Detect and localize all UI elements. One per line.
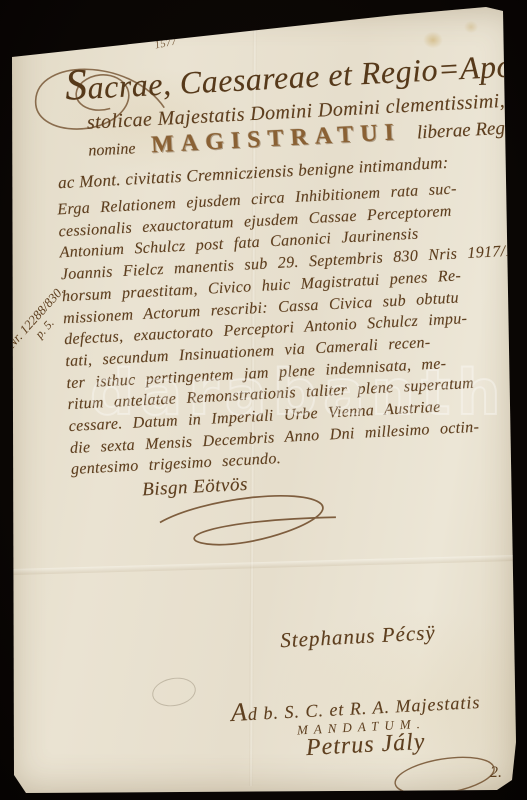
signature-stephanus: Stephanus Pécsÿ: [280, 620, 437, 653]
photo-backdrop: 14517 1577 Sacrae, Caesareae et Regio=Ap…: [0, 0, 527, 800]
signature-oval-flourish: [389, 751, 501, 800]
countersignature-block: Bisgn Eötvös: [142, 468, 365, 549]
heading-liberae-regiae: liberae Regiae: [416, 117, 527, 145]
archival-number-numerator: 14517: [146, 23, 180, 42]
letter-body: Erga Relationem ejusdem circa Inhibition…: [57, 175, 527, 481]
letter-content: 14517 1577 Sacrae, Caesareae et Regio=Ap…: [20, 4, 527, 798]
page-number-mark: 2.: [490, 764, 502, 782]
document-paper: 14517 1577 Sacrae, Caesareae et Regio=Ap…: [0, 0, 527, 800]
signature-flourish: [153, 486, 356, 556]
archival-number: 14517 1577: [146, 23, 182, 53]
heading-nomine: nomine: [88, 140, 136, 160]
signature-petrus-block: Petrus Jály: [305, 724, 527, 800]
